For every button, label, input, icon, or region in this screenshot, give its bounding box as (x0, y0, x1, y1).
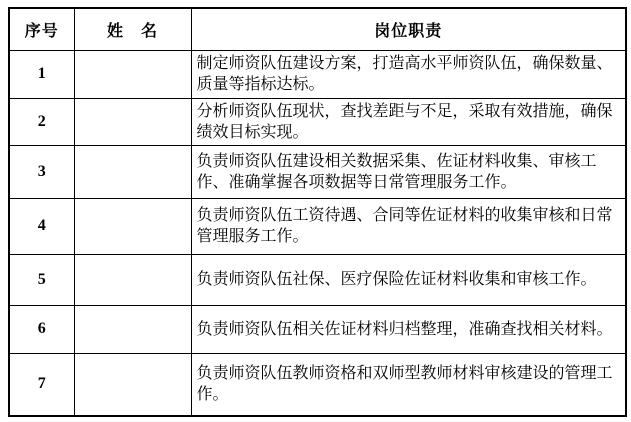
duty-cell: 负责师资队伍教师资格和双师型教师材料审核建设的管理工作。 (191, 353, 626, 416)
name-cell (74, 98, 191, 145)
table-row: 1 制定师资队伍建设方案，打造高水平师资队伍，确保数量、质量等指标达标。 (9, 50, 626, 98)
table-body: 1 制定师资队伍建设方案，打造高水平师资队伍，确保数量、质量等指标达标。 2 分… (9, 50, 626, 416)
table-header: 序号 姓 名 岗位职责 (9, 8, 626, 50)
name-cell (74, 145, 191, 198)
col-header-duty: 岗位职责 (191, 8, 626, 50)
col-header-number: 序号 (9, 8, 74, 50)
duty-table: 序号 姓 名 岗位职责 1 制定师资队伍建设方案，打造高水平师资队伍，确保数量、… (8, 7, 627, 417)
duty-cell: 负责师资队伍相关佐证材料归档整理，准确查找相关材料。 (191, 305, 626, 353)
name-cell (74, 353, 191, 416)
duty-cell: 制定师资队伍建设方案，打造高水平师资队伍，确保数量、质量等指标达标。 (191, 50, 626, 98)
name-cell (74, 50, 191, 98)
col-header-name: 姓 名 (74, 8, 191, 50)
header-row: 序号 姓 名 岗位职责 (9, 8, 626, 50)
row-number-cell: 2 (9, 98, 74, 145)
table-row: 5 负责师资队伍社保、医疗保险佐证材料收集和审核工作。 (9, 254, 626, 305)
row-number-cell: 6 (9, 305, 74, 353)
duty-cell: 负责师资队伍工资待遇、合同等佐证材料的收集审核和日常管理服务工作。 (191, 198, 626, 254)
table-row: 6 负责师资队伍相关佐证材料归档整理，准确查找相关材料。 (9, 305, 626, 353)
name-cell (74, 305, 191, 353)
row-number-cell: 4 (9, 198, 74, 254)
row-number-cell: 1 (9, 50, 74, 98)
duty-cell: 负责师资队伍社保、医疗保险佐证材料收集和审核工作。 (191, 254, 626, 305)
table-row: 7 负责师资队伍教师资格和双师型教师材料审核建设的管理工作。 (9, 353, 626, 416)
name-cell (74, 198, 191, 254)
table-row: 2 分析师资队伍现状，查找差距与不足，采取有效措施，确保绩效目标实现。 (9, 98, 626, 145)
table-row: 4 负责师资队伍工资待遇、合同等佐证材料的收集审核和日常管理服务工作。 (9, 198, 626, 254)
duty-cell: 负责师资队伍建设相关数据采集、佐证材料收集、审核工作、准确掌握各项数据等日常管理… (191, 145, 626, 198)
name-cell (74, 254, 191, 305)
duty-cell: 分析师资队伍现状，查找差距与不足，采取有效措施，确保绩效目标实现。 (191, 98, 626, 145)
row-number-cell: 3 (9, 145, 74, 198)
table-row: 3 负责师资队伍建设相关数据采集、佐证材料收集、审核工作、准确掌握各项数据等日常… (9, 145, 626, 198)
row-number-cell: 5 (9, 254, 74, 305)
row-number-cell: 7 (9, 353, 74, 416)
page: { "page": { "background": "#ffffff", "bo… (0, 0, 631, 422)
